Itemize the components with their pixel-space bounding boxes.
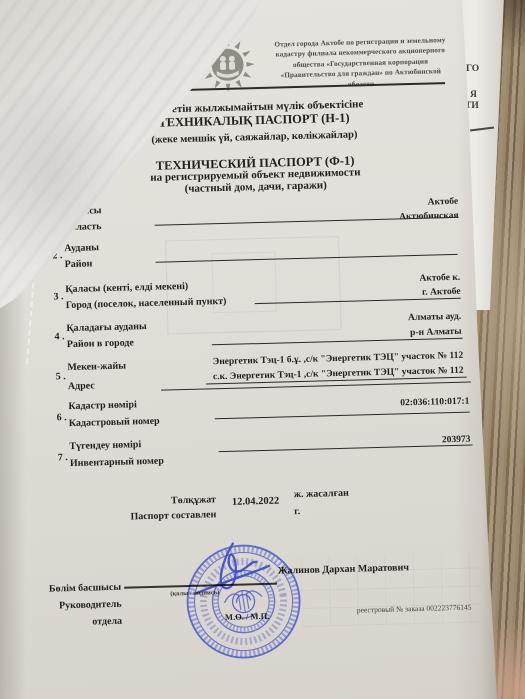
binding-thread: [26, 282, 34, 364]
compiled-label-ru: Паспорт составлен: [104, 507, 216, 525]
field-underline: [212, 338, 463, 346]
field-value-ru: р-н Алматы: [410, 327, 462, 338]
field-underline: [215, 412, 470, 420]
signature-stroke: [189, 538, 271, 593]
field-label-kz: Мекен-жайы: [67, 361, 126, 374]
field-label-ru: Кадастровый номер: [69, 416, 160, 429]
field-label-ru: Район в городе: [67, 337, 134, 350]
field-number: 6 .: [57, 412, 67, 423]
underpage-line-fragment: [470, 127, 494, 131]
field-label-kz: Кадастр нөмірі: [68, 399, 137, 412]
field-number: 4 .: [54, 331, 64, 342]
field-label-kz: Түгендеу нөмірі: [69, 439, 141, 452]
underpage-text-fragment: ГО: [466, 64, 479, 74]
field-number: 7 .: [58, 452, 68, 463]
field-label-kz: Ауданы: [64, 242, 99, 254]
field-underline: [219, 445, 473, 453]
stamp-seal: [169, 527, 319, 677]
field-value-kz: Энергетик Тэц-1 б.ұ. ,с/к "Энергетик ТЭЦ…: [213, 351, 464, 368]
field-label-kz: Қаладағы ауданы: [66, 321, 147, 334]
field-label-ru: Адрес: [68, 380, 95, 392]
underpage-text-fragment: Я: [470, 90, 477, 100]
field-label-ru: Район: [65, 258, 93, 270]
field-value-kz: Актобе: [428, 197, 459, 208]
compiled-suffix-ru: г.: [294, 506, 300, 517]
compiled-date: 12.04.2022: [232, 496, 280, 508]
compiled-suffix-kz: ж. жасалған: [294, 488, 349, 500]
compiled-label: Төлқұжат Паспорт составлен: [104, 492, 217, 525]
photo-background: ГО Я ТИ: [0, 0, 525, 699]
field-number: 3 .: [53, 291, 63, 302]
field-label-ru: Инвентарный номер: [70, 456, 164, 469]
department-head-label: Бөлім басшысы Руководитель отдела: [34, 579, 122, 632]
field-value-ru: г. Актобе: [422, 287, 461, 298]
field-value-kz: Актобе к.: [419, 273, 460, 284]
field-value-kz: Алматы ауд.: [408, 312, 461, 323]
dept-label-ru2: отдела: [35, 613, 122, 632]
field-value-kz: 02:036:110:017:1: [400, 397, 469, 409]
field-number: 5 .: [55, 371, 65, 382]
